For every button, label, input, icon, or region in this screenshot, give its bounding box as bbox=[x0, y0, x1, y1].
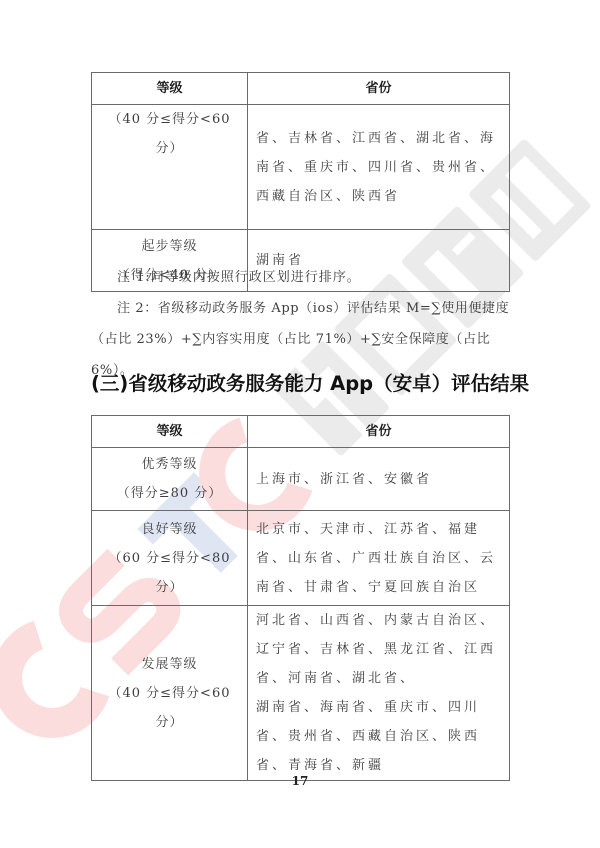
table-row: （40 分≤得分<60 分） 省、吉林省、江西省、湖北省、海南省、重庆市、四川省… bbox=[92, 105, 510, 230]
province-list-part: 河北省、山西省、内蒙古自治区、辽宁省、吉林省、黑龙江省、江西省、河南省、湖北省、 bbox=[256, 606, 501, 693]
table-row: 良好等级 （60 分≤得分<80 分） 北京市、天津市、江苏省、福建省、山东省、… bbox=[92, 511, 510, 606]
table-row: 优秀等级 （得分≥80 分） 上海市、浙江省、安徽省 bbox=[92, 448, 510, 511]
grade-label: 起步等级 bbox=[100, 232, 239, 261]
grade-cell: 优秀等级 （得分≥80 分） bbox=[92, 448, 248, 511]
grade-cell: 良好等级 （60 分≤得分<80 分） bbox=[92, 511, 248, 606]
document-page: 等级 省份 （40 分≤得分<60 分） 省、吉林省、江西省、湖北省、海南省、重… bbox=[0, 0, 600, 848]
province-list-part: 湖南省、海南省、重庆市、四川省、贵州省、西藏自治区、陕西省、青海省、新疆 bbox=[256, 693, 501, 780]
header-province: 省份 bbox=[248, 73, 510, 105]
table-header-row: 等级 省份 bbox=[92, 73, 510, 105]
grade-label: 优秀等级 bbox=[100, 450, 239, 479]
android-results-table: 等级 省份 优秀等级 （得分≥80 分） 上海市、浙江省、安徽省 良好等级 （6… bbox=[91, 415, 510, 781]
header-grade: 等级 bbox=[92, 73, 248, 105]
grade-range: （40 分≤得分<60 分） bbox=[100, 105, 239, 163]
header-province: 省份 bbox=[248, 416, 510, 448]
note-1: 注 1:同等级内按照行政区划进行排序。 bbox=[91, 263, 511, 293]
province-cell: 上海市、浙江省、安徽省 bbox=[248, 448, 510, 511]
section-heading: (三)省级移动政务服务能力 App（安卓）评估结果 bbox=[91, 368, 529, 396]
header-grade: 等级 bbox=[92, 416, 248, 448]
province-cell: 北京市、天津市、江苏省、福建省、山东省、广西壮族自治区、云南省、甘肃省、宁夏回族… bbox=[248, 511, 510, 606]
table-header-row: 等级 省份 bbox=[92, 416, 510, 448]
province-cell: 省、吉林省、江西省、湖北省、海南省、重庆市、四川省、贵州省、西藏自治区、陕西省 bbox=[248, 105, 510, 230]
grade-cell: （40 分≤得分<60 分） bbox=[92, 105, 248, 230]
table-row: 发展等级 （40 分≤得分<60 分） 河北省、山西省、内蒙古自治区、辽宁省、吉… bbox=[92, 606, 510, 781]
ios-results-table-continued: 等级 省份 （40 分≤得分<60 分） 省、吉林省、江西省、湖北省、海南省、重… bbox=[91, 72, 510, 292]
province-cell: 河北省、山西省、内蒙古自治区、辽宁省、吉林省、黑龙江省、江西省、河南省、湖北省、… bbox=[248, 606, 510, 781]
grade-label: 良好等级 bbox=[100, 515, 239, 544]
grade-cell: 发展等级 （40 分≤得分<60 分） bbox=[92, 606, 248, 781]
grade-range: （得分≥80 分） bbox=[100, 479, 239, 508]
page-number: 17 bbox=[0, 774, 600, 788]
grade-range: （60 分≤得分<80 分） bbox=[100, 544, 239, 602]
grade-range: （40 分≤得分<60 分） bbox=[100, 679, 239, 737]
grade-label: 发展等级 bbox=[100, 650, 239, 679]
